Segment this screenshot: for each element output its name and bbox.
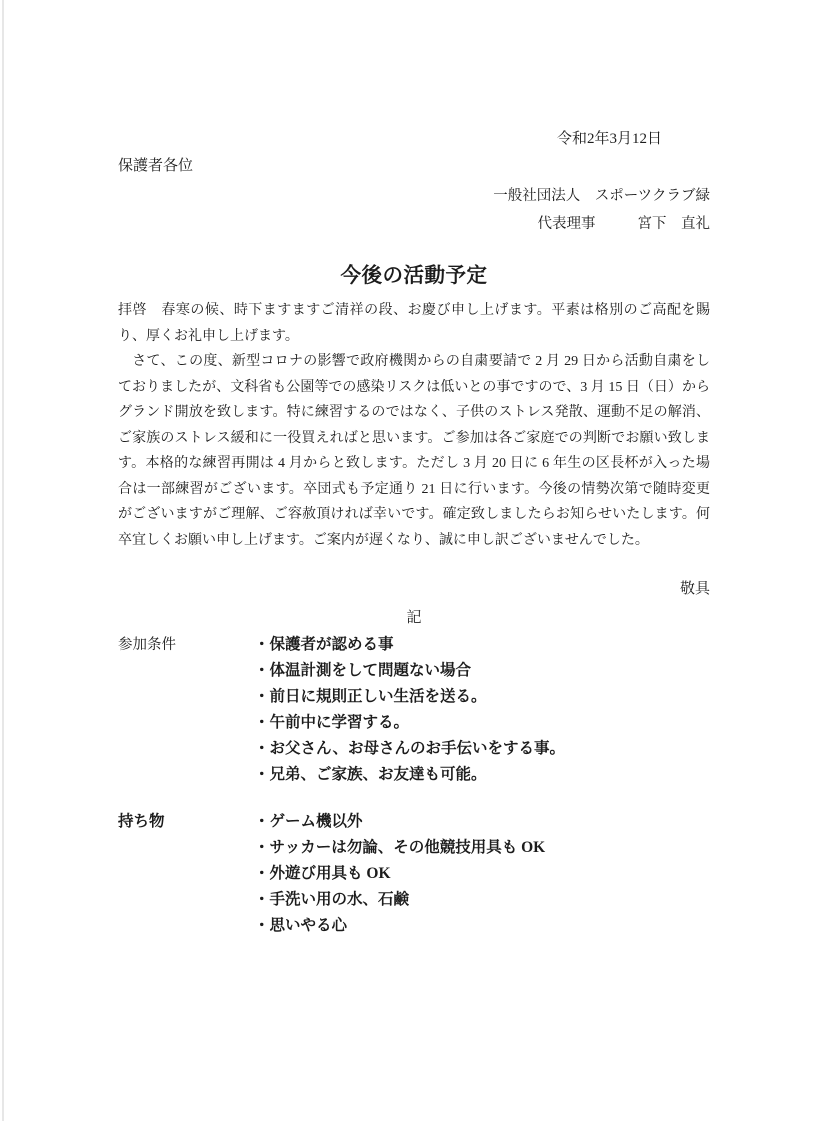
list-item: ・体温計測をして問題ない場合 — [254, 658, 710, 684]
list-item: ・保護者が認める事 — [254, 632, 710, 658]
bullet-glyph: ・ — [254, 809, 270, 835]
document-title: 今後の活動予定 — [118, 262, 710, 290]
list-item: ・ゲーム機以外 — [254, 809, 710, 835]
bullet-glyph: ・ — [254, 913, 270, 939]
section-label: 参加条件 — [118, 632, 254, 658]
bullet-glyph: ・ — [254, 710, 270, 736]
document-date: 令和2年3月12日 — [118, 129, 710, 149]
list-item-text: サッカーは勿論、その他競技用具も OK — [270, 835, 710, 861]
list-item: ・前日に規則正しい生活を送る。 — [254, 684, 710, 710]
list-item-text: 兄弟、ご家族、お友達も可能。 — [270, 762, 710, 788]
bullet-glyph: ・ — [254, 736, 270, 762]
list-item-text: 午前中に学習する。 — [270, 710, 710, 736]
sender-name: 宮下 直礼 — [638, 216, 711, 232]
bullet-glyph: ・ — [254, 887, 270, 913]
sender-representative: 代表理事宮下 直礼 — [118, 215, 710, 234]
record-marker: 記 — [118, 606, 710, 631]
section-belongings: 持ち物 ・ゲーム機以外 ・サッカーは勿論、その他競技用具も OK ・外遊び用具も… — [118, 809, 710, 939]
bullet-glyph: ・ — [254, 861, 270, 887]
list-item-text: お父さん、お母さんのお手伝いをする事。 — [270, 736, 710, 762]
list-item-text: 前日に規則正しい生活を送る。 — [270, 684, 710, 710]
list-item-text: 外遊び用具も OK — [270, 861, 710, 887]
list-item: ・外遊び用具も OK — [254, 861, 710, 887]
sender-title: 代表理事 — [538, 216, 596, 232]
list-item: ・サッカーは勿論、その他競技用具も OK — [254, 835, 710, 861]
page-left-edge — [2, 0, 4, 1121]
bullet-glyph: ・ — [254, 684, 270, 710]
bullet-glyph: ・ — [254, 835, 270, 861]
list-item: ・お父さん、お母さんのお手伝いをする事。 — [254, 736, 710, 762]
greeting-paragraph: 拝啓 春寒の候、時下ますますご清祥の段、お慶び申し上げます。平素は格別のご高配を… — [118, 298, 710, 349]
list-item: ・兄弟、ご家族、お友達も可能。 — [254, 762, 710, 788]
list-item: ・午前中に学習する。 — [254, 710, 710, 736]
main-paragraph: さて、この度、新型コロナの影響で政府機関からの自粛要請で 2 月 29 日から活… — [118, 349, 710, 553]
bullet-glyph: ・ — [254, 632, 270, 658]
list-item-text: 手洗い用の水、石鹸 — [270, 887, 710, 913]
section-label: 持ち物 — [118, 809, 254, 835]
document-page: 令和2年3月12日 保護者各位 一般社団法人 スポーツクラブ緑 代表理事宮下 直… — [0, 0, 828, 1121]
list-item: ・手洗い用の水、石鹸 — [254, 887, 710, 913]
list-item-text: 体温計測をして問題ない場合 — [270, 658, 710, 684]
bullet-glyph: ・ — [254, 658, 270, 684]
list-item-text: 思いやる心 — [270, 913, 710, 939]
bullet-glyph: ・ — [254, 762, 270, 788]
section-participation-conditions: 参加条件 ・保護者が認める事 ・体温計測をして問題ない場合 ・前日に規則正しい生… — [118, 632, 710, 788]
closing-word: 敬具 — [118, 577, 710, 602]
section-item-list: ・保護者が認める事 ・体温計測をして問題ない場合 ・前日に規則正しい生活を送る。… — [254, 632, 710, 788]
sender-organization: 一般社団法人 スポーツクラブ緑 — [118, 187, 710, 206]
letter-content: 令和2年3月12日 保護者各位 一般社団法人 スポーツクラブ緑 代表理事宮下 直… — [118, 0, 710, 939]
list-item-text: ゲーム機以外 — [270, 809, 710, 835]
list-item-text: 保護者が認める事 — [270, 632, 710, 658]
section-item-list: ・ゲーム機以外 ・サッカーは勿論、その他競技用具も OK ・外遊び用具も OK … — [254, 809, 710, 939]
list-item: ・思いやる心 — [254, 913, 710, 939]
recipient-line: 保護者各位 — [118, 156, 710, 176]
